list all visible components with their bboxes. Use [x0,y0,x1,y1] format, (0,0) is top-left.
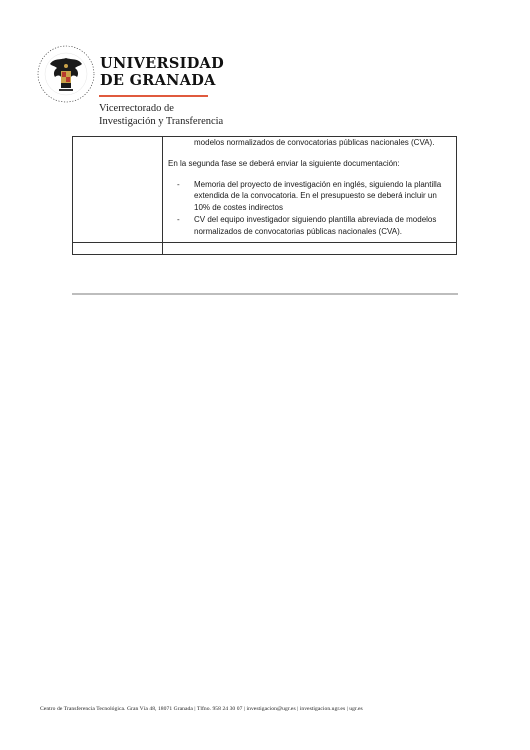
table-row: modelos normalizados de convocatorias pú… [73,137,457,243]
list-item-text: CV del equipo investigador siguiendo pla… [194,215,436,236]
header-accent-rule [99,95,208,97]
document-table: modelos normalizados de convocatorias pú… [72,136,457,255]
university-name: UNIVERSIDAD DE GRANADA [100,55,224,89]
table-cell-left [73,242,163,254]
continued-text: modelos normalizados de convocatorias pú… [168,137,448,149]
list-item: - Memoria del proyecto de investigación … [168,179,448,214]
table-cell-right: modelos normalizados de convocatorias pú… [163,137,457,243]
second-phase-paragraph: En la segunda fase se deberá enviar la s… [168,158,448,170]
department-name: Vicerrectorado de Investigación y Transf… [99,103,223,128]
list-item: - CV del equipo investigador siguiendo p… [168,214,448,238]
dash-bullet: - [177,179,180,191]
university-seal-icon [36,44,96,104]
table-cell-left [73,137,163,243]
department-line2: Investigación y Transferencia [99,116,223,129]
list-item-text: Memoria del proyecto de investigación en… [194,180,441,213]
table-cell-right [163,242,457,254]
university-name-line2: DE GRANADA [100,72,224,89]
table-row [73,242,457,254]
documentation-list: - Memoria del proyecto de investigación … [168,179,448,238]
page-footer: Centro de Transferencia Tecnológica. Gra… [40,706,500,712]
department-line1: Vicerrectorado de [99,103,223,116]
dash-bullet: - [177,214,180,226]
university-name-line1: UNIVERSIDAD [100,55,224,72]
page-break-shadow [72,293,458,295]
